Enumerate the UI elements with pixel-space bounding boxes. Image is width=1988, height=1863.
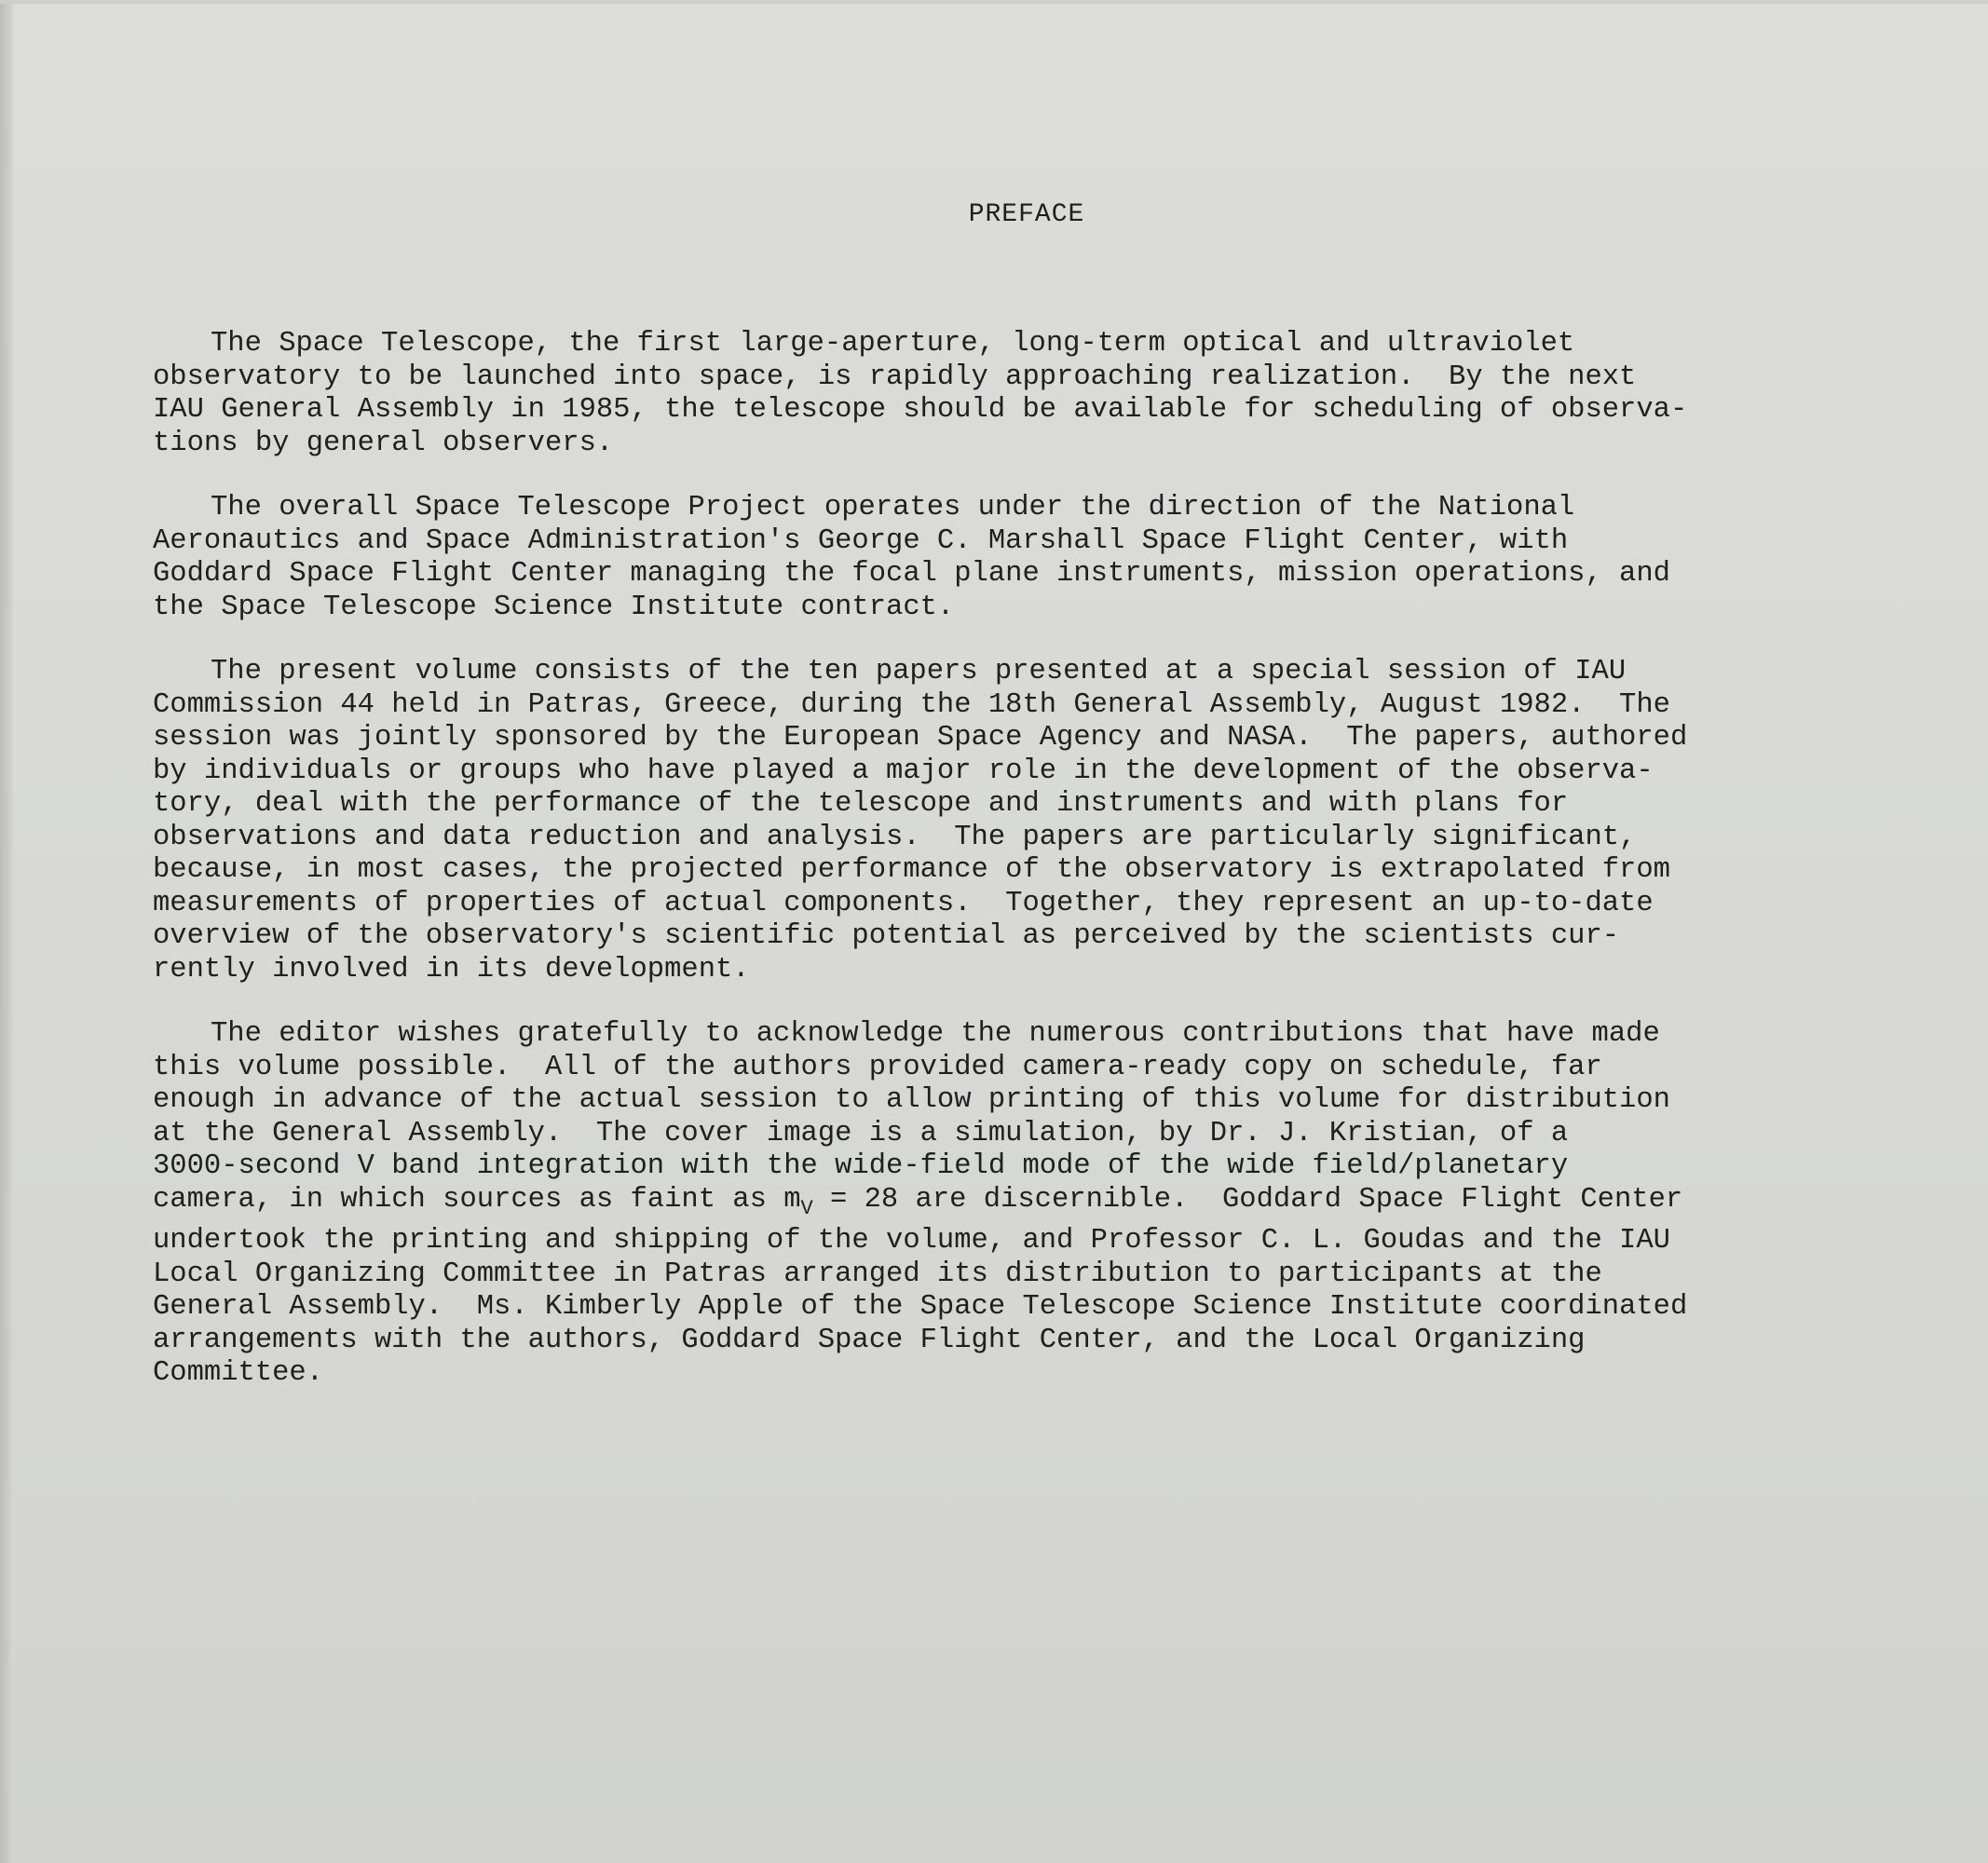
text-line: IAU General Assembly in 1985, the telesc… <box>153 394 1904 428</box>
paragraph-3: The present volume consists of the ten p… <box>153 656 1904 986</box>
text-line: session was jointly sponsored by the Eur… <box>153 722 1904 755</box>
text-segment: = 28 are discernible. Goddard Space Flig… <box>813 1184 1682 1216</box>
text-line: 3000-second V band integration with the … <box>153 1150 1904 1184</box>
text-line: observatory to be launched into space, i… <box>153 361 1904 395</box>
text-line: rently involved in its development. <box>153 954 1904 987</box>
magnitude-text-line: camera, in which sources as faint as mV … <box>153 1184 1904 1226</box>
text-line: undertook the printing and shipping of t… <box>153 1225 1904 1258</box>
text-line: Committee. <box>153 1357 1904 1391</box>
text-line: the Space Telescope Science Institute co… <box>153 592 1904 625</box>
page-top-edge <box>0 0 1988 4</box>
text-line: tory, deal with the performance of the t… <box>153 788 1904 822</box>
text-line: Aeronautics and Space Administration's G… <box>153 525 1904 559</box>
text-line: tions by general observers. <box>153 428 1904 461</box>
text-line: Commission 44 held in Patras, Greece, du… <box>153 689 1904 723</box>
text-line: measurements of properties of actual com… <box>153 888 1904 921</box>
paragraph-4: The editor wishes gratefully to acknowle… <box>153 1018 1904 1391</box>
page-binding-edge <box>0 0 13 1863</box>
text-line: arrangements with the authors, Goddard S… <box>153 1325 1904 1358</box>
text-line: The Space Telescope, the first large-ape… <box>153 328 1904 361</box>
text-line: this volume possible. All of the authors… <box>153 1052 1904 1085</box>
document-page: PREFACE The Space Telescope, the first l… <box>0 0 1988 1863</box>
text-line: enough in advance of the actual session … <box>153 1084 1904 1118</box>
text-line: by individuals or groups who have played… <box>153 755 1904 789</box>
magnitude-subscript: V <box>801 1197 813 1220</box>
text-line: The editor wishes gratefully to acknowle… <box>153 1018 1904 1052</box>
preface-body: The Space Telescope, the first large-ape… <box>153 328 1904 1422</box>
text-line: Goddard Space Flight Center managing the… <box>153 558 1904 592</box>
text-segment: camera, in which sources as faint as m <box>153 1184 801 1216</box>
text-line: at the General Assembly. The cover image… <box>153 1118 1904 1151</box>
text-line: General Assembly. Ms. Kimberly Apple of … <box>153 1291 1904 1325</box>
text-line: The present volume consists of the ten p… <box>153 656 1904 689</box>
text-line: because, in most cases, the projected pe… <box>153 854 1904 888</box>
text-line: The overall Space Telescope Project oper… <box>153 492 1904 525</box>
text-line: Local Organizing Committee in Patras arr… <box>153 1258 1904 1292</box>
text-line: observations and data reduction and anal… <box>153 822 1904 855</box>
page-title: PREFACE <box>0 200 1988 229</box>
paragraph-2: The overall Space Telescope Project oper… <box>153 492 1904 624</box>
text-line: overview of the observatory's scientific… <box>153 920 1904 954</box>
paragraph-1: The Space Telescope, the first large-ape… <box>153 328 1904 460</box>
